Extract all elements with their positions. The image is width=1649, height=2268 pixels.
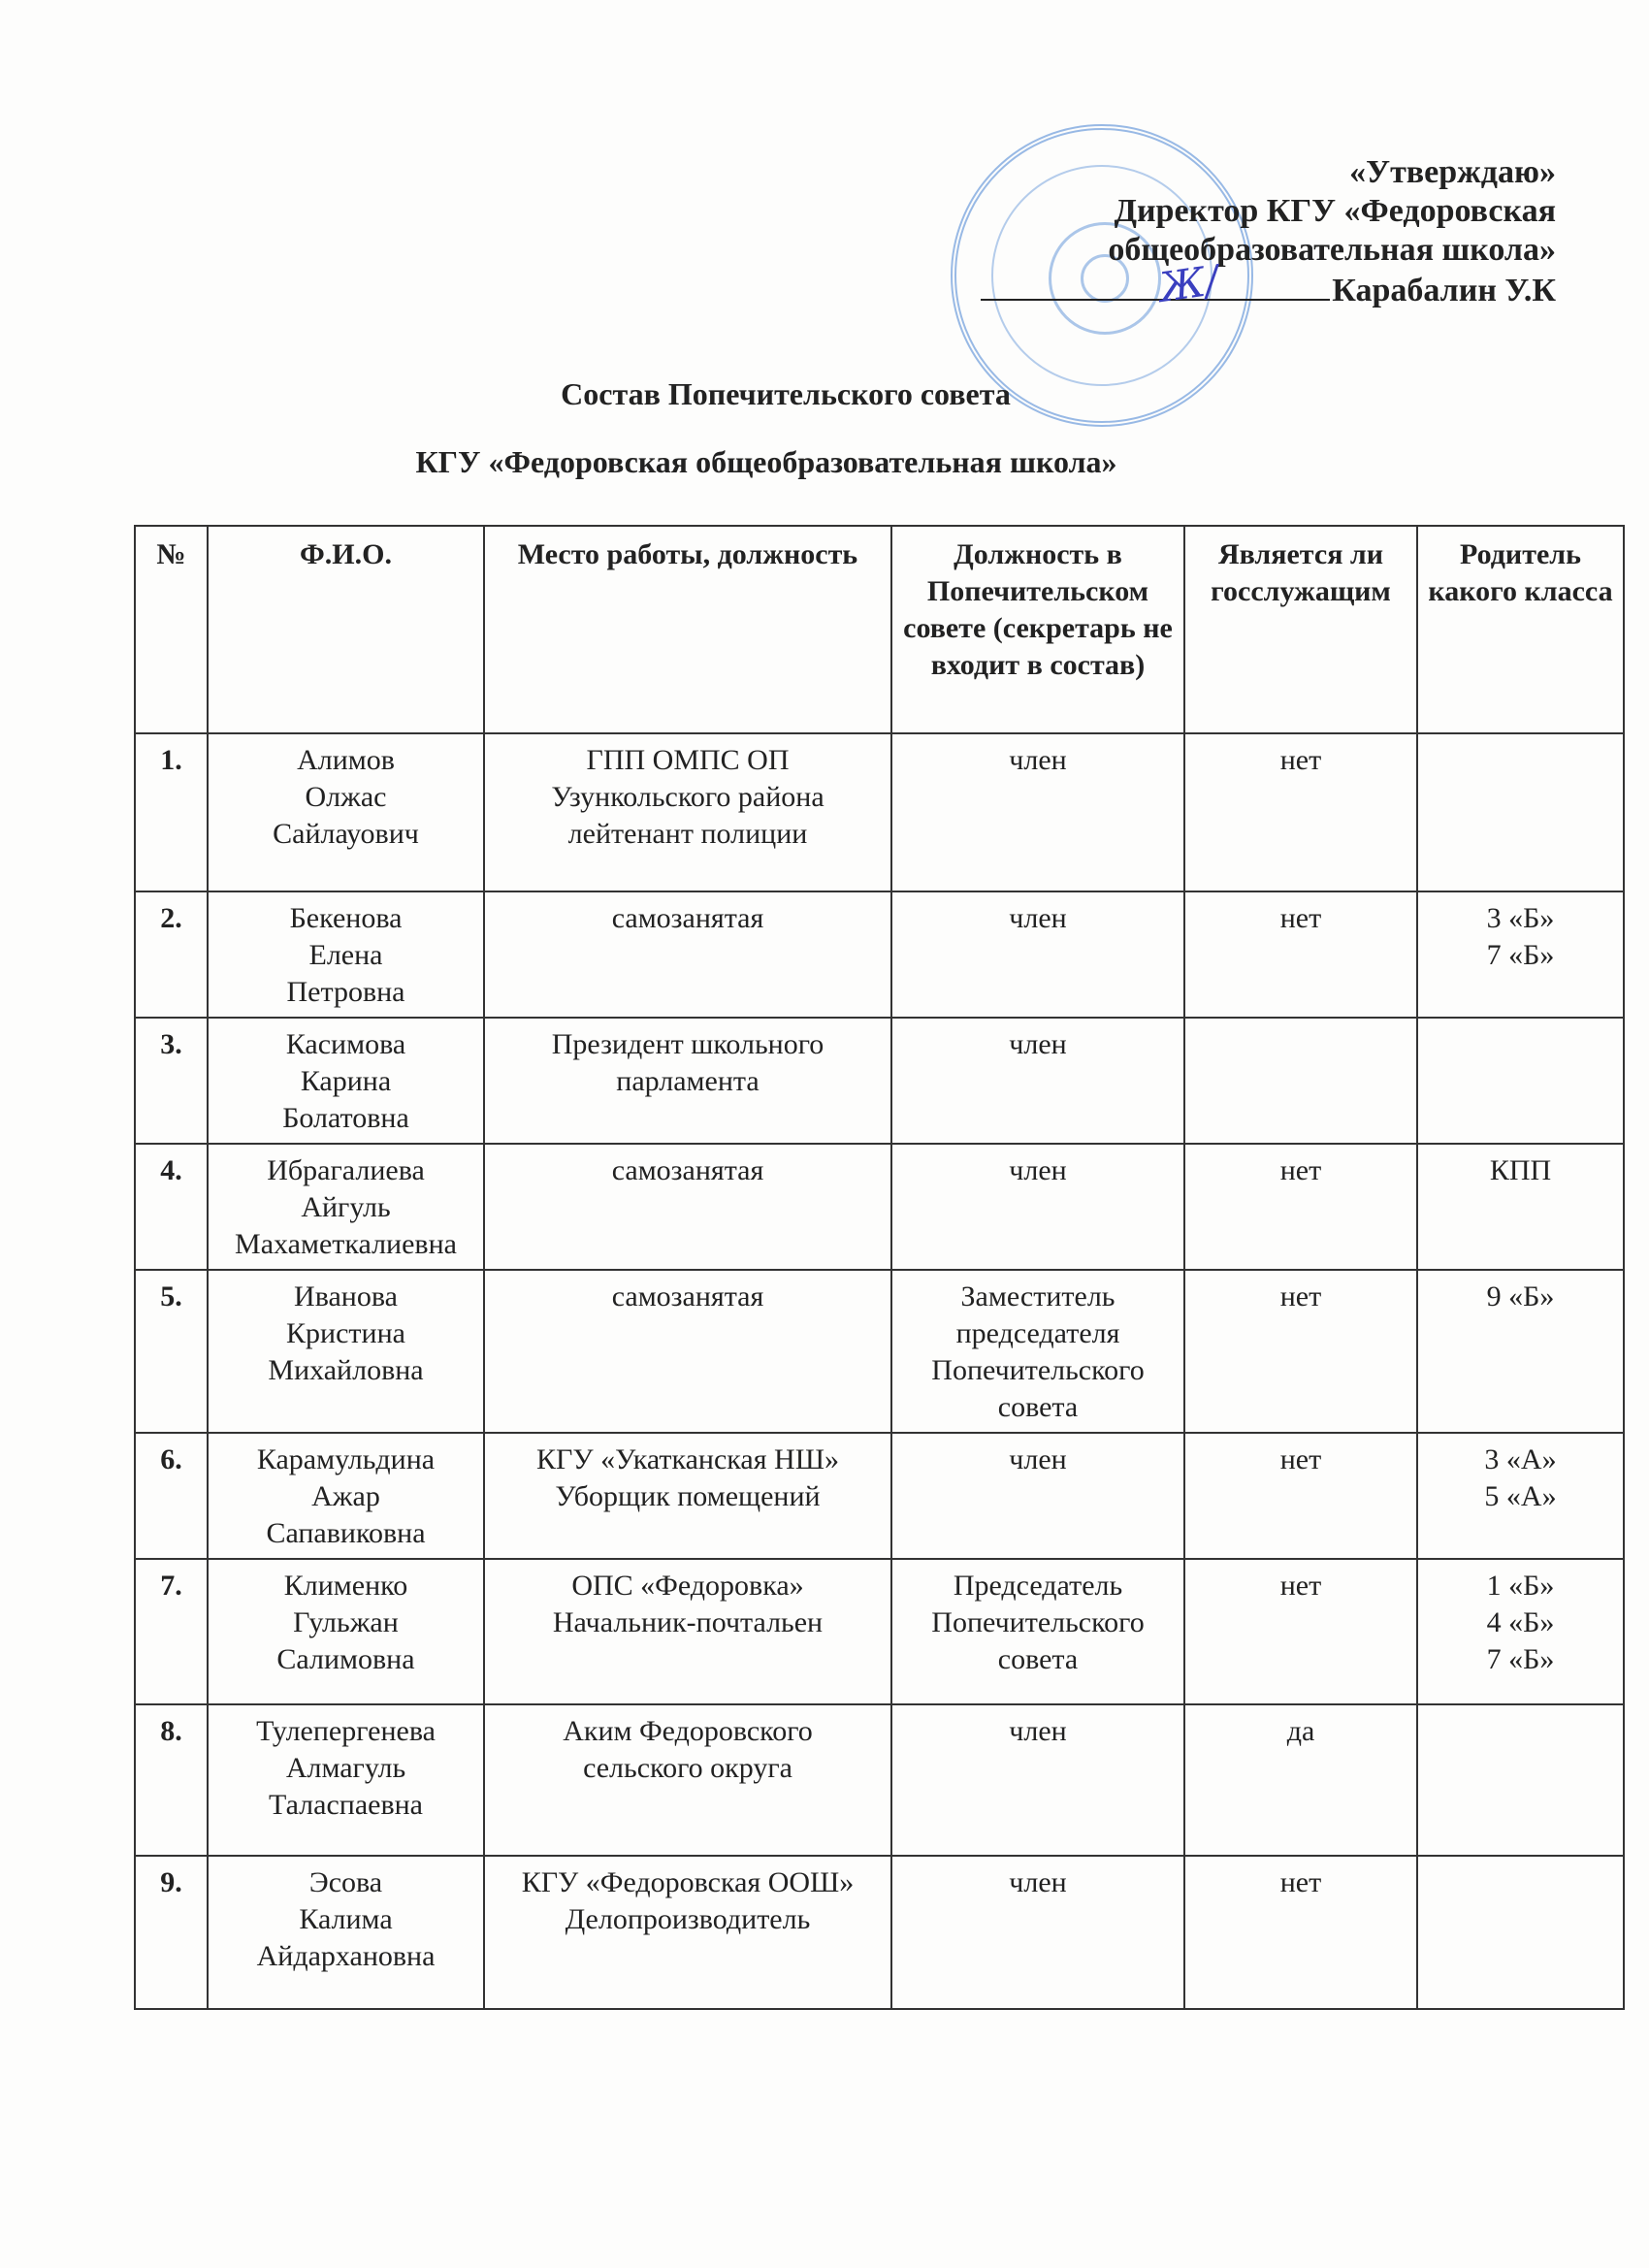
cell-number: 5. <box>135 1270 208 1433</box>
cell-full-name-line: Карина <box>214 1063 477 1100</box>
cell-council-role-line: Попечительского <box>898 1352 1178 1389</box>
cell-workplace-line: лейтенант полиции <box>491 816 885 853</box>
cell-parent-class: 1 «Б»4 «Б»7 «Б» <box>1417 1559 1624 1704</box>
cell-workplace: ОПС «Федоровка»Начальник-почтальен <box>484 1559 891 1704</box>
table-row: 8.ТулепергеневаАлмагульТаласпаевнаАким Ф… <box>135 1704 1624 1856</box>
cell-full-name-line: Таласпаевна <box>214 1787 477 1824</box>
cell-council-role: член <box>891 1856 1184 2009</box>
cell-parent-class-line: 7 «Б» <box>1424 1641 1617 1678</box>
cell-council-role: член <box>891 1018 1184 1144</box>
cell-workplace: Президент школьногопарламента <box>484 1018 891 1144</box>
cell-full-name-line: Михайловна <box>214 1352 477 1389</box>
cell-workplace-line: Делопроизводитель <box>491 1901 885 1938</box>
cell-civil-servant: нет <box>1184 891 1417 1018</box>
cell-council-role: член <box>891 1144 1184 1270</box>
cell-full-name-line: Елена <box>214 937 477 974</box>
cell-parent-class <box>1417 733 1624 891</box>
cell-workplace-line: Начальник-почтальен <box>491 1604 885 1641</box>
document-subtitle: КГУ «Федоровская общеобразовательная шко… <box>0 444 1591 480</box>
table-row: 9.ЭсоваКалимаАйдархановнаКГУ «Федоровска… <box>135 1856 1624 2009</box>
cell-parent-class: 3 «Б»7 «Б» <box>1417 891 1624 1018</box>
cell-council-role-line: член <box>898 742 1178 779</box>
cell-full-name-line: Болатовна <box>214 1100 477 1137</box>
cell-council-role-line: член <box>898 900 1178 937</box>
cell-workplace-line: парламента <box>491 1063 885 1100</box>
cell-civil-servant <box>1184 1018 1417 1144</box>
cell-workplace-line: КГУ «Укатканская НШ» <box>491 1442 885 1478</box>
cell-number: 4. <box>135 1144 208 1270</box>
cell-parent-class-line: 3 «А» <box>1424 1442 1617 1478</box>
header-council-role: Должность в Попечительском совете (секре… <box>891 526 1184 733</box>
cell-number: 9. <box>135 1856 208 2009</box>
cell-number: 8. <box>135 1704 208 1856</box>
cell-council-role-line: Председатель <box>898 1568 1178 1604</box>
cell-workplace-line: Президент школьного <box>491 1026 885 1063</box>
cell-workplace-line: ОПС «Федоровка» <box>491 1568 885 1604</box>
cell-parent-class <box>1417 1018 1624 1144</box>
cell-council-role: член <box>891 733 1184 891</box>
cell-full-name-line: Алмагуль <box>214 1750 477 1787</box>
cell-council-role-line: Попечительского <box>898 1604 1178 1641</box>
cell-workplace: самозанятая <box>484 1144 891 1270</box>
cell-full-name: КарамульдинаАжарСапавиковна <box>208 1433 484 1559</box>
cell-workplace-line: самозанятая <box>491 1152 885 1189</box>
cell-full-name-line: Кристина <box>214 1315 477 1352</box>
cell-council-role: ПредседательПопечительскогосовета <box>891 1559 1184 1704</box>
cell-council-role-line: Заместитель <box>898 1279 1178 1315</box>
cell-civil-servant: нет <box>1184 1270 1417 1433</box>
table-row: 4.ИбрагалиеваАйгульМахаметкалиевнасамоза… <box>135 1144 1624 1270</box>
cell-workplace-line: ГПП ОМПС ОП <box>491 742 885 779</box>
cell-workplace: Аким Федоровскогосельского округа <box>484 1704 891 1856</box>
director-name: Карабалин У.К <box>1332 273 1556 308</box>
cell-workplace: КГУ «Укатканская НШ»Уборщик помещений <box>484 1433 891 1559</box>
cell-council-role-line: совета <box>898 1641 1178 1678</box>
cell-full-name: БекеноваЕленаПетровна <box>208 891 484 1018</box>
cell-full-name: АлимовОлжасСайлауович <box>208 733 484 891</box>
approval-heading: «Утверждаю» <box>981 153 1556 192</box>
cell-full-name-line: Салимовна <box>214 1641 477 1678</box>
cell-full-name-line: Ажар <box>214 1478 477 1515</box>
signature-underline <box>981 270 1330 301</box>
table-row: 1.АлимовОлжасСайлауовичГПП ОМПС ОПУзунко… <box>135 733 1624 891</box>
cell-parent-class-line: 1 «Б» <box>1424 1568 1617 1604</box>
cell-council-role-line: член <box>898 1026 1178 1063</box>
cell-number: 3. <box>135 1018 208 1144</box>
approval-signature-line: Карабалин У.К <box>981 270 1556 310</box>
cell-full-name: КлименкоГульжанСалимовна <box>208 1559 484 1704</box>
cell-full-name-line: Алимов <box>214 742 477 779</box>
cell-workplace: КГУ «Федоровская ООШ»Делопроизводитель <box>484 1856 891 2009</box>
cell-full-name: ТулепергеневаАлмагульТаласпаевна <box>208 1704 484 1856</box>
cell-full-name: ИвановаКристинаМихайловна <box>208 1270 484 1433</box>
cell-council-role-line: член <box>898 1864 1178 1901</box>
header-number: № <box>135 526 208 733</box>
header-parent-class: Родитель какого класса <box>1417 526 1624 733</box>
cell-full-name-line: Эсова <box>214 1864 477 1901</box>
cell-full-name-line: Сайлауович <box>214 816 477 853</box>
council-members-table: № Ф.И.О. Место работы, должность Должнос… <box>134 525 1625 2010</box>
cell-parent-class: 9 «Б» <box>1417 1270 1624 1433</box>
cell-council-role-line: совета <box>898 1389 1178 1426</box>
table-row: 3.КасимоваКаринаБолатовнаПрезидент школь… <box>135 1018 1624 1144</box>
cell-parent-class-line: КПП <box>1424 1152 1617 1189</box>
cell-full-name: КасимоваКаринаБолатовна <box>208 1018 484 1144</box>
table-header-row: № Ф.И.О. Место работы, должность Должнос… <box>135 526 1624 733</box>
cell-civil-servant: нет <box>1184 733 1417 891</box>
cell-workplace-line: самозанятая <box>491 900 885 937</box>
cell-workplace-line: КГУ «Федоровская ООШ» <box>491 1864 885 1901</box>
cell-workplace-line: Уборщик помещений <box>491 1478 885 1515</box>
header-civil-servant: Является ли госслужащим <box>1184 526 1417 733</box>
cell-workplace-line: Аким Федоровского <box>491 1713 885 1750</box>
cell-civil-servant: нет <box>1184 1144 1417 1270</box>
cell-council-role: член <box>891 1433 1184 1559</box>
cell-council-role-line: член <box>898 1442 1178 1478</box>
cell-workplace: самозанятая <box>484 1270 891 1433</box>
approval-position-line2: общеобразовательная школа» <box>981 231 1556 270</box>
cell-workplace-line: Узункольского района <box>491 779 885 816</box>
cell-parent-class-line: 5 «А» <box>1424 1478 1617 1515</box>
table-row: 2.БекеноваЕленаПетровнасамозанятаячленне… <box>135 891 1624 1018</box>
cell-parent-class-line: 7 «Б» <box>1424 937 1617 974</box>
handwritten-signature: Ж/ <box>1156 256 1222 311</box>
cell-civil-servant: нет <box>1184 1856 1417 2009</box>
cell-council-role-line: председателя <box>898 1315 1178 1352</box>
table-row: 7.КлименкоГульжанСалимовнаОПС «Федоровка… <box>135 1559 1624 1704</box>
cell-parent-class: КПП <box>1417 1144 1624 1270</box>
cell-full-name: ИбрагалиеваАйгульМахаметкалиевна <box>208 1144 484 1270</box>
cell-council-role-line: член <box>898 1713 1178 1750</box>
cell-parent-class <box>1417 1856 1624 2009</box>
cell-parent-class-line: 4 «Б» <box>1424 1604 1617 1641</box>
cell-parent-class-line: 3 «Б» <box>1424 900 1617 937</box>
cell-full-name-line: Карамульдина <box>214 1442 477 1478</box>
cell-council-role: член <box>891 891 1184 1018</box>
document-title: Состав Попечительского совета <box>0 376 1610 412</box>
cell-workplace-line: самозанятая <box>491 1279 885 1315</box>
cell-full-name-line: Сапавиковна <box>214 1515 477 1552</box>
cell-full-name-line: Айдархановна <box>214 1938 477 1975</box>
cell-workplace: самозанятая <box>484 891 891 1018</box>
header-full-name: Ф.И.О. <box>208 526 484 733</box>
cell-full-name: ЭсоваКалимаАйдархановна <box>208 1856 484 2009</box>
cell-parent-class-line: 9 «Б» <box>1424 1279 1617 1315</box>
approval-position-line1: Директор КГУ «Федоровская <box>981 192 1556 231</box>
cell-full-name-line: Тулепергенева <box>214 1713 477 1750</box>
cell-full-name-line: Калима <box>214 1901 477 1938</box>
cell-civil-servant: да <box>1184 1704 1417 1856</box>
cell-number: 6. <box>135 1433 208 1559</box>
cell-full-name-line: Иванова <box>214 1279 477 1315</box>
cell-number: 7. <box>135 1559 208 1704</box>
cell-full-name-line: Касимова <box>214 1026 477 1063</box>
cell-parent-class <box>1417 1704 1624 1856</box>
cell-full-name-line: Айгуль <box>214 1189 477 1226</box>
cell-civil-servant: нет <box>1184 1559 1417 1704</box>
cell-number: 1. <box>135 733 208 891</box>
cell-full-name-line: Олжас <box>214 779 477 816</box>
cell-number: 2. <box>135 891 208 1018</box>
table-row: 6.КарамульдинаАжарСапавиковнаКГУ «Укатка… <box>135 1433 1624 1559</box>
approval-block: «Утверждаю» Директор КГУ «Федоровская об… <box>981 153 1556 310</box>
cell-council-role-line: член <box>898 1152 1178 1189</box>
table-row: 5.ИвановаКристинаМихайловнасамозанятаяЗа… <box>135 1270 1624 1433</box>
cell-workplace: ГПП ОМПС ОПУзункольского районалейтенант… <box>484 733 891 891</box>
cell-council-role: член <box>891 1704 1184 1856</box>
header-workplace: Место работы, должность <box>484 526 891 733</box>
cell-parent-class: 3 «А»5 «А» <box>1417 1433 1624 1559</box>
cell-full-name-line: Клименко <box>214 1568 477 1604</box>
cell-full-name-line: Петровна <box>214 974 477 1011</box>
cell-workplace-line: сельского округа <box>491 1750 885 1787</box>
cell-full-name-line: Махаметкалиевна <box>214 1226 477 1263</box>
cell-full-name-line: Ибрагалиева <box>214 1152 477 1189</box>
cell-full-name-line: Бекенова <box>214 900 477 937</box>
cell-full-name-line: Гульжан <box>214 1604 477 1641</box>
cell-civil-servant: нет <box>1184 1433 1417 1559</box>
cell-council-role: ЗаместительпредседателяПопечительскогосо… <box>891 1270 1184 1433</box>
